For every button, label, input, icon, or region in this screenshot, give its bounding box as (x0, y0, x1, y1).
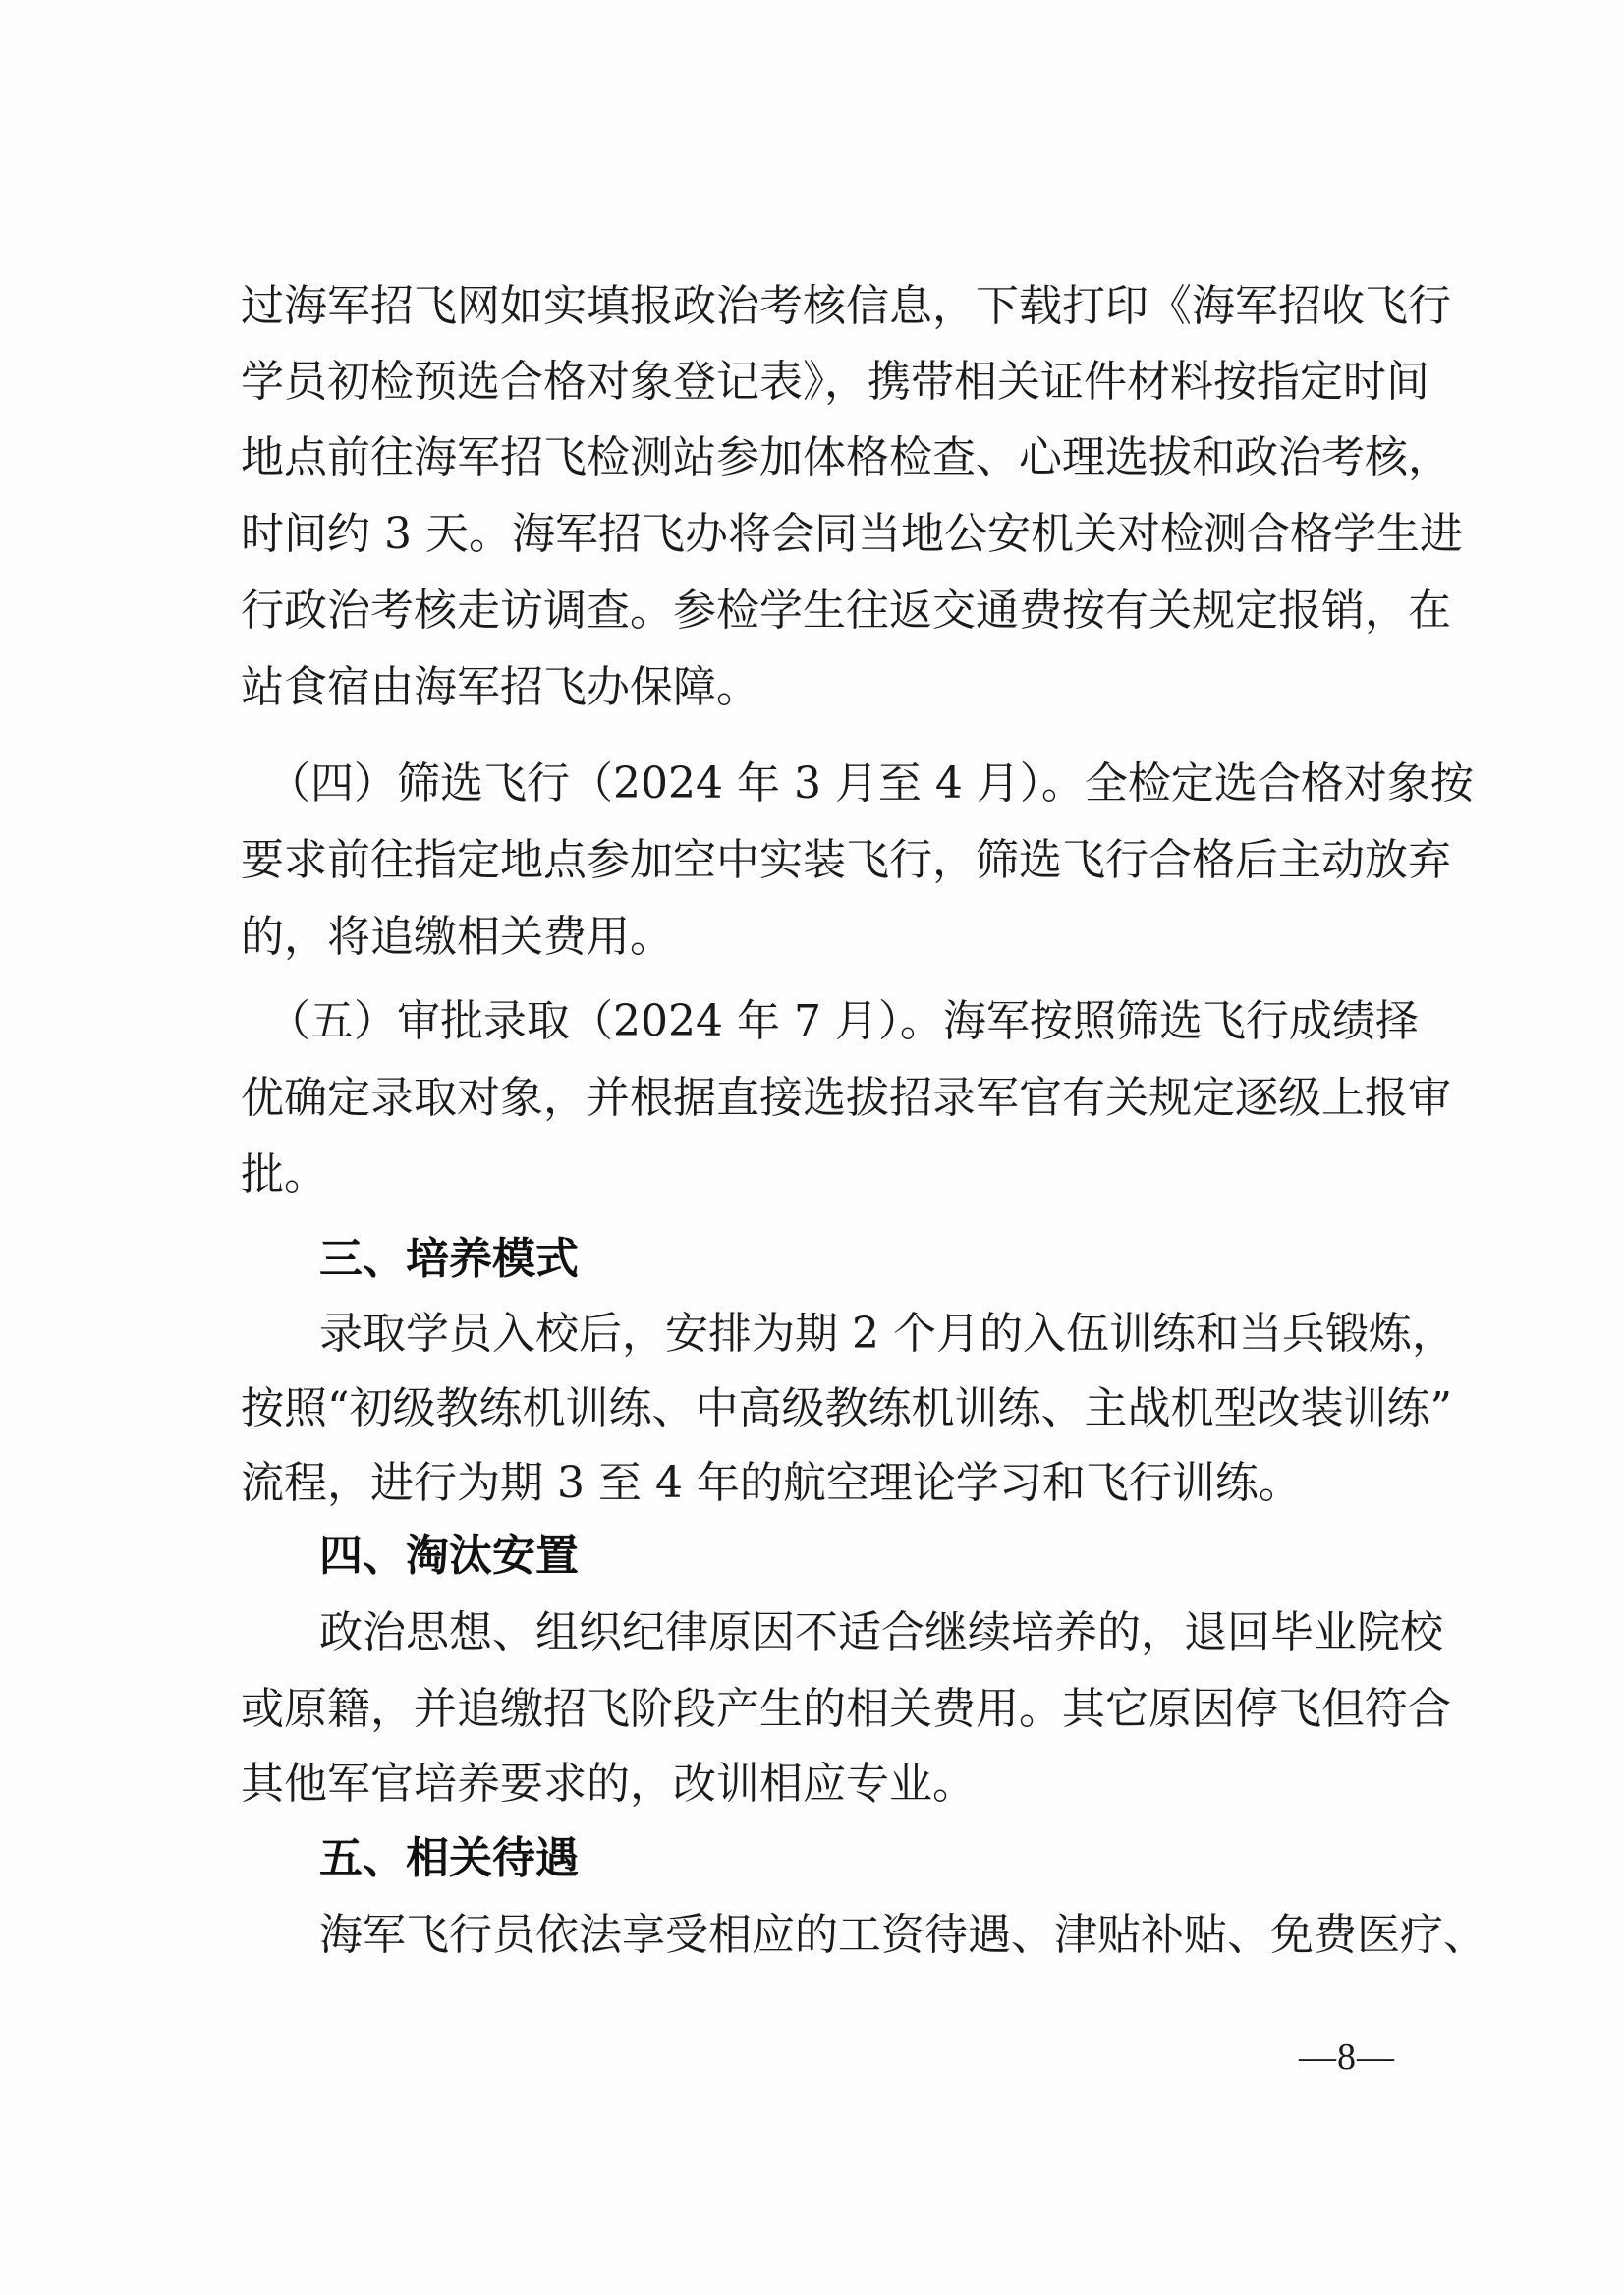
text-line: 的，将追缴相关费用。 (241, 908, 673, 967)
section-heading-elimination: 四、淘汰安置 (319, 1527, 579, 1586)
subsection-paragraph-five: （五）审批录取（2024 年 7 月）。海军按照筛选飞行成绩择 (267, 992, 1419, 1051)
text-line: 行政治考核走访调查。参检学生往返交通费按有关规定报销，在 (241, 582, 1451, 641)
text-line: 政治思想、组织纪律原因不适合继续培养的，退回毕业院校 (319, 1603, 1443, 1662)
text-line: 或原籍，并追缴招飞阶段产生的相关费用。其它原因停飞但符合 (241, 1680, 1451, 1739)
document-page: 过海军招飞网如实填报政治考核信息，下载打印《海军招收飞行 学员初检预选合格对象登… (0, 0, 1624, 2295)
text-line: 过海军招飞网如实填报政治考核信息，下载打印《海军招收飞行 (241, 277, 1451, 336)
text-line: 时间约 3 天。海军招飞办将会同当地公安机关对检测合格学生进 (241, 505, 1463, 564)
text-line: 流程，进行为期 3 至 4 年的航空理论学习和飞行训练。 (241, 1454, 1302, 1513)
section-heading-benefits: 五、相关待遇 (319, 1829, 579, 1888)
text-line: 海军飞行员依法享受相应的工资待遇、津贴补贴、免费医疗、 (319, 1906, 1486, 1965)
text-line: 优确定录取对象，并根据直接选拔招录军官有关规定逐级上报审 (241, 1069, 1451, 1128)
text-line: 地点前往海军招飞检测站参加体格检查、心理选拔和政治考核， (241, 428, 1451, 487)
text-line: 要求前往指定地点参加空中实装飞行，筛选飞行合格后主动放弃 (241, 831, 1451, 890)
page-number: —8— (1299, 2036, 1395, 2079)
text-line: 其他军官培养要求的，改训相应专业。 (241, 1755, 976, 1814)
section-heading-training-mode: 三、培养模式 (319, 1230, 579, 1289)
text-line: 批。 (241, 1146, 327, 1204)
text-line: 按照“初级教练机训练、中高级教练机训练、主战机型改装训练” (241, 1379, 1452, 1438)
text-line: 学员初检预选合格对象登记表》，携带相关证件材料按指定时间 (241, 353, 1429, 412)
text-line: 站食宿由海军招飞办保障。 (241, 658, 759, 717)
text-line: 录取学员入校后，安排为期 2 个月的入伍训练和当兵锻炼， (319, 1305, 1455, 1364)
subsection-paragraph-four: （四）筛选飞行（2024 年 3 月至 4 月）。全检定选合格对象按 (267, 755, 1474, 813)
